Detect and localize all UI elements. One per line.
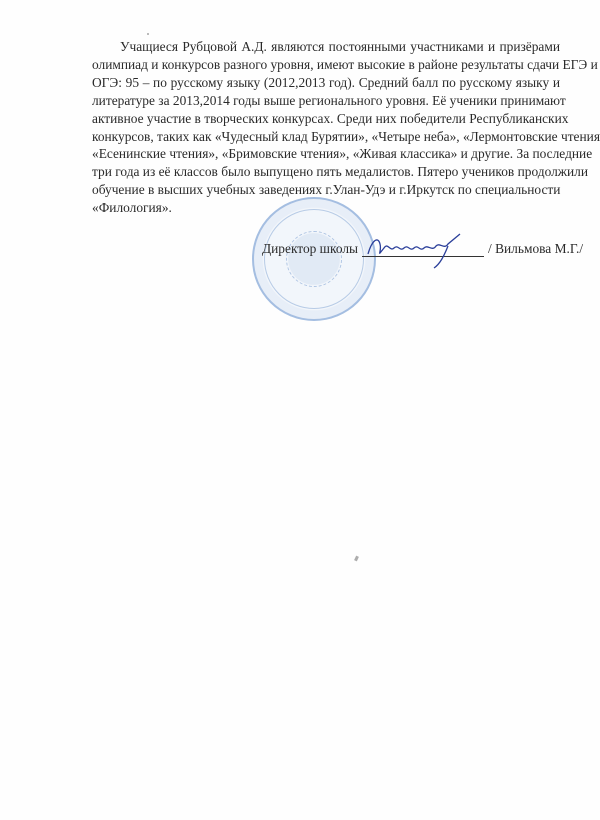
paragraph-line: олимпиад и конкурсов разного уровня, име… — [92, 56, 560, 74]
paragraph-line: «Есенинские чтения», «Бримовские чтения»… — [92, 145, 560, 163]
paragraph-line: литературе за 2013,2014 годы выше регион… — [92, 92, 560, 110]
paragraph-line: обучение в высших учебных заведениях г.У… — [92, 181, 560, 199]
body-paragraph: Учащиеся Рубцовой А.Д. являются постоянн… — [92, 38, 560, 217]
paragraph-line: конкурсов, таких как «Чудесный клад Буря… — [92, 128, 560, 146]
signature-line — [362, 240, 484, 257]
signature-role: Директор школы — [262, 241, 358, 257]
signature-block: Директор школы / Вильмова М.Г./ — [262, 240, 583, 257]
paragraph-line: ОГЭ: 95 – по русскому языку (2012,2013 г… — [92, 74, 560, 92]
paragraph-line: активное участие в творческих конкурсах.… — [92, 110, 560, 128]
paragraph-line: три года из её классов было выпущено пят… — [92, 163, 560, 181]
signature-name: / Вильмова М.Г./ — [488, 241, 583, 257]
document-page: Учащиеся Рубцовой А.Д. являются постоянн… — [0, 0, 600, 820]
scan-mark — [354, 556, 359, 562]
paragraph-line: Учащиеся Рубцовой А.Д. являются постоянн… — [92, 38, 560, 56]
handwritten-signature-icon — [364, 230, 484, 270]
scan-speck — [147, 33, 149, 35]
official-stamp — [252, 197, 376, 321]
